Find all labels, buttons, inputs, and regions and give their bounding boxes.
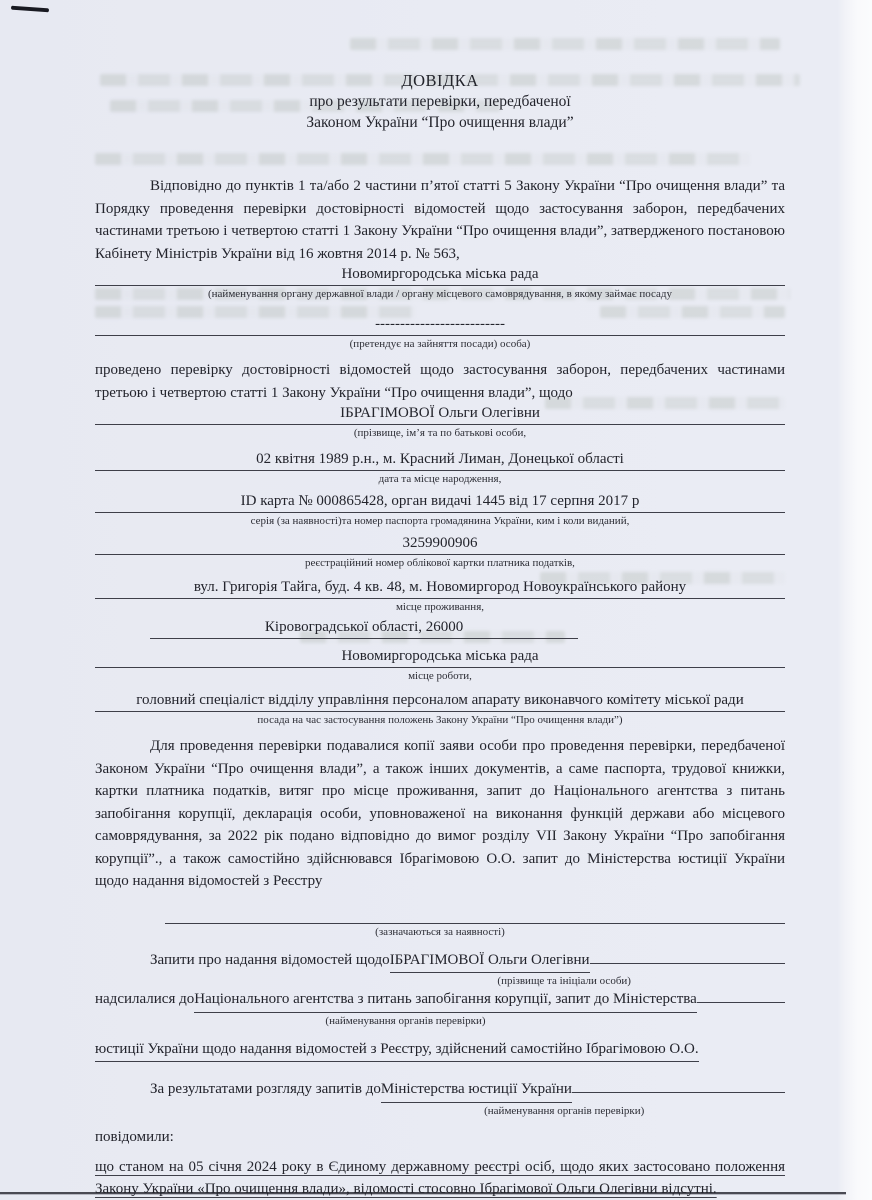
tax-number-value: 3259900906 [403,535,478,551]
requests-line: Запити про надання відомостей щодо ІБРАГ… [95,949,785,974]
org-field: Новомиргородська міська рада [95,265,785,286]
ruled-line [572,1078,785,1093]
person-name-value: ІБРАГІМОВОЇ Ольги Олегівни [340,405,540,421]
workplace-field: Новомиргородська міська рада [95,647,785,668]
sent-to-line: надсилалися до Національного агентства з… [95,988,785,1013]
sent-caption: (найменування органів перевірки) [95,1013,785,1028]
birth-field-caption: дата та місце народження, [95,471,785,486]
results-caption: (найменування органів перевірки) [95,1103,785,1118]
workplace-field-caption: місце роботи, [95,668,785,683]
candidate-field-value: -------------------------- [375,316,505,332]
document-content: ДОВІДКА про результати перевірки, передб… [95,70,785,1200]
ruled-line [590,949,786,964]
tax-number-caption: реєстраційний номер облікової картки пла… [95,555,785,570]
sent-value-2: юстиції України щодо надання відомостей … [95,1038,699,1063]
results-value: Міністерства юстиції України [381,1078,572,1103]
bleedthrough-band [350,38,780,50]
person-name-caption: (прізвище, ім’я та по батькові особи, [95,425,785,440]
position-field: головний спеціаліст відділу управління п… [95,691,785,712]
requests-name-caption: (прізвище та ініціали особи) [95,973,785,988]
sent-value: Національного агентства з питань запобіг… [194,988,697,1013]
position-field-caption: посада на час застосування положень Зако… [95,712,785,727]
intro-paragraph: Відповідно до пунктів 1 та/або 2 частини… [95,175,785,265]
address-field-2: Кіровоградської області, 26000 [150,618,578,639]
title-line-1: ДОВІДКА [95,70,785,91]
conclusion-paragraph: що станом на 05 січня 2024 року в Єдином… [95,1156,785,1200]
address-field-2-value: Кіровоградської області, 26000 [265,619,463,635]
passport-field-caption: серія (за наявності)та номер паспорта гр… [95,513,785,528]
results-prefix: За результатами розгляду запитів до [150,1078,381,1101]
title-line-2: про результати перевірки, передбаченої [95,91,785,112]
org-field-caption: (найменування органу державної влади / о… [95,286,785,301]
birth-field: 02 квітня 1989 р.н., м. Красний Лиман, Д… [95,450,785,471]
address-field-value: вул. Григорія Тайга, буд. 4 кв. 48, м. Н… [194,579,686,595]
sent-prefix: надсилалися до [95,988,194,1011]
address-field: вул. Григорія Тайга, буд. 4 кв. 48, м. Н… [95,578,785,599]
candidate-field: -------------------------- [95,315,785,336]
availability-caption: (зазначаються за наявності) [95,924,785,939]
results-line: За результатами розгляду запитів до Міні… [95,1078,785,1103]
documents-paragraph: Для проведення перевірки подавалися копі… [95,735,785,893]
verification-paragraph: проведено перевірку достовірності відомо… [95,359,785,404]
reported-label: повідомили: [95,1126,785,1148]
requests-name-value: ІБРАГІМОВОЇ Ольги Олегівни [390,949,590,974]
person-name-field: ІБРАГІМОВОЇ Ольги Олегівни [95,404,785,425]
candidate-field-caption: (претендує на зайняття посади) особа) [95,336,785,351]
title-line-3: Законом України “Про очищення влади” [95,112,785,133]
document-title: ДОВІДКА про результати перевірки, передб… [95,70,785,133]
ruled-line [697,988,785,1003]
position-field-value: головний спеціаліст відділу управління п… [136,692,743,708]
passport-field-value: ID карта № 000865428, орган видачі 1445 … [241,493,640,509]
passport-field: ID карта № 000865428, орган видачі 1445 … [95,492,785,513]
scanned-document-page: ДОВІДКА про результати перевірки, передб… [0,0,872,1200]
requests-prefix: Запити про надання відомостей щодо [150,949,390,972]
address-field-caption: місце проживання, [95,599,785,614]
sent-to-line-2: юстиції України щодо надання відомостей … [95,1038,785,1063]
org-field-value: Новомиргородська міська рада [341,266,538,282]
scanner-background-strip [846,0,872,1200]
birth-field-value: 02 квітня 1989 р.н., м. Красний Лиман, Д… [256,451,624,467]
tax-number-field: 3259900906 [95,534,785,555]
workplace-field-value: Новомиргородська міська рада [341,648,538,664]
availability-field [165,905,785,924]
scan-pen-mark [11,6,49,13]
